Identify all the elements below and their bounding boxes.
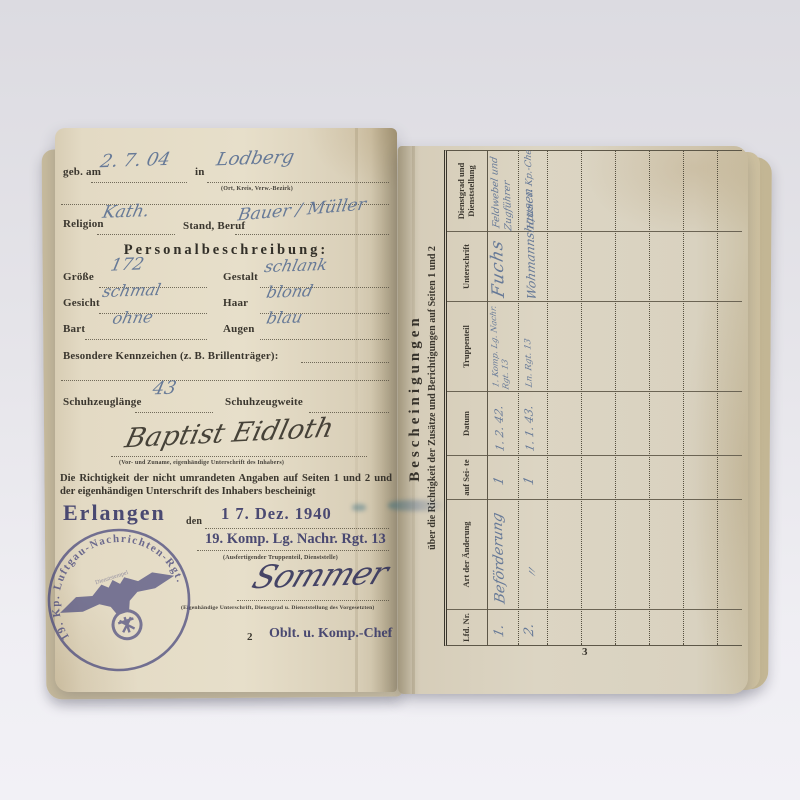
cell-unterschrift: Wohmannshausen	[519, 231, 547, 301]
header-truppenteil: Truppenteil	[447, 301, 487, 391]
table-row-empty	[616, 151, 650, 645]
table-cell-empty	[616, 609, 649, 645]
header-dienstgrad: Dienstgrad und Dienststellung	[447, 151, 487, 231]
table-cell-empty	[548, 455, 581, 499]
cell-seite: 1	[519, 455, 547, 499]
table-empty-rows	[548, 151, 742, 645]
header-auf-seite: auf Sei- te	[447, 455, 487, 499]
table-cell-empty	[582, 151, 615, 231]
unit-stamp: 19. Komp. Lg. Nachr. Rgt. 13	[205, 531, 386, 548]
table-cell-empty	[582, 391, 615, 455]
schuhlaenge-value-handwritten: 43	[151, 378, 179, 400]
bart-value-handwritten: ohne	[111, 307, 155, 327]
table-cell-empty	[650, 231, 683, 301]
gesicht-value-handwritten: schmal	[101, 280, 163, 301]
dotted-line	[197, 550, 389, 551]
gutter-shadow-left	[371, 128, 397, 692]
table-cell-empty	[650, 455, 683, 499]
table-cell-empty	[684, 391, 717, 455]
dotted-line	[205, 528, 389, 529]
groesse-label: Größe	[63, 271, 94, 283]
birthdate-label: geb. am	[63, 166, 101, 178]
religion-value-handwritten: Kath.	[101, 201, 152, 223]
rank-stamp: Oblt. u. Komp.-Chef	[269, 626, 392, 642]
cell-art: Beförderung	[488, 499, 518, 609]
table-cell-empty	[718, 609, 742, 645]
cell-art: 〃	[519, 499, 547, 609]
table-cell-empty	[582, 231, 615, 301]
certifications-title: Bescheinigungen	[407, 150, 424, 646]
officer-signature-handwritten: Sommer	[247, 554, 393, 597]
haar-value-handwritten: blond	[265, 281, 315, 302]
dotted-line	[111, 456, 367, 457]
table-cell-empty	[616, 499, 649, 609]
table-cell-empty	[548, 609, 581, 645]
table-row-empty	[718, 151, 742, 645]
schuhweite-label: Schuhzeugweite	[225, 396, 303, 408]
table-cell-empty	[616, 391, 649, 455]
rotated-certifications-block: Bescheinigungen über die Richtigkeit der…	[404, 150, 742, 646]
table-cell-empty	[718, 455, 742, 499]
owner-signature-caption: (Vor- und Zuname, eigenhändige Unterschr…	[119, 460, 284, 466]
cell-dienstgrad: Hptm. u. Kp.-Chef	[519, 151, 547, 231]
table-cell-empty	[650, 499, 683, 609]
table-cell-empty	[650, 151, 683, 231]
kennzeichen-label: Besondere Kennzeichen (z. B. Brillenträg…	[63, 350, 279, 362]
header-art-der-aenderung: Art der Änderung	[447, 499, 487, 609]
birthplace-in-label: in	[195, 166, 205, 178]
table-row-entry-2: 2. 〃 1 1. 1. 43. Ln. Rgt. 13 Wohmannshau…	[519, 151, 548, 645]
right-page: Bescheinigungen über die Richtigkeit der…	[398, 146, 748, 694]
table-cell-empty	[582, 499, 615, 609]
table-cell-empty	[548, 301, 581, 391]
table-cell-empty	[548, 499, 581, 609]
table-row-empty	[684, 151, 718, 645]
birthplace-value-handwritten: Lodberg	[214, 147, 296, 171]
date-stamp: 1 7. Dez. 1940	[221, 504, 332, 524]
birthplace-caption: (Ort, Kreis, Verw.-Bezirk)	[221, 186, 293, 192]
den-label: den	[186, 516, 202, 527]
table-cell-empty	[718, 301, 742, 391]
table-cell-empty	[684, 231, 717, 301]
header-unterschrift: Unterschrift	[447, 231, 487, 301]
officer-signature-caption: (Eigenhändige Unterschrift, Dienstgrad u…	[181, 605, 374, 611]
table-cell-empty	[718, 231, 742, 301]
gestalt-value-handwritten: schlank	[263, 255, 330, 276]
dotted-line	[97, 234, 175, 235]
table-row-entry-1: 1. Beförderung 1 1. 2. 42. 1. Komp. Lg. …	[488, 151, 519, 645]
table-cell-empty	[548, 231, 581, 301]
cell-datum: 1. 1. 43.	[519, 391, 547, 455]
table-cell-empty	[718, 499, 742, 609]
augen-value-handwritten: blau	[265, 307, 305, 327]
dotted-line	[61, 380, 389, 381]
cell-seite: 1	[488, 455, 518, 499]
table-cell-empty	[582, 455, 615, 499]
cell-nr: 1.	[488, 609, 518, 645]
cell-truppenteil: 1. Komp. Lg. Nachr. Rgt. 13	[488, 301, 518, 391]
bart-label: Bart	[63, 323, 85, 335]
table-cell-empty	[684, 499, 717, 609]
table-cell-empty	[650, 301, 683, 391]
cell-dienstgrad: Feldwebel und Zugführer	[488, 151, 518, 231]
religion-label: Religion	[63, 218, 104, 230]
table-cell-empty	[718, 391, 742, 455]
table-row-empty	[548, 151, 582, 645]
dotted-line	[301, 362, 389, 363]
table-cell-empty	[684, 301, 717, 391]
dotted-line	[85, 339, 207, 340]
dotted-line	[260, 339, 389, 340]
header-lfd-nr: Lfd. Nr.	[447, 609, 487, 645]
table-header-row: Lfd. Nr. Art der Änderung auf Sei- te Da…	[447, 151, 488, 645]
dotted-line	[91, 182, 187, 183]
table-cell-empty	[616, 455, 649, 499]
table-cell-empty	[548, 391, 581, 455]
table-cell-empty	[650, 391, 683, 455]
right-page-number: 3	[582, 646, 588, 658]
cell-truppenteil: Ln. Rgt. 13	[519, 301, 547, 391]
birthdate-value-handwritten: 2. 7. 04	[98, 149, 172, 172]
cell-nr: 2.	[519, 609, 547, 645]
certifications-table: Lfd. Nr. Art der Änderung auf Sei- te Da…	[444, 150, 742, 646]
dotted-line	[235, 234, 389, 235]
ink-smudge	[388, 500, 446, 511]
table-cell-empty	[548, 151, 581, 231]
gestalt-label: Gestalt	[223, 271, 258, 283]
photo-of-open-wehrpass-booklet: geb. am 2. 7. 04 in Lodberg (Ort, Kreis,…	[0, 0, 800, 800]
certification-text: Die Richtigkeit der nicht umrandeten Ang…	[60, 472, 392, 499]
table-cell-empty	[684, 455, 717, 499]
cell-unterschrift: Fuchs	[488, 231, 518, 301]
table-cell-empty	[718, 151, 742, 231]
beruf-value-handwritten: Bauer / Müller	[236, 195, 367, 226]
table-cell-empty	[582, 301, 615, 391]
certifications-subtitle: über die Richtigkeit der Zusätze und Ber…	[427, 150, 438, 646]
ink-smudge-small	[352, 504, 366, 511]
dotted-line	[237, 600, 389, 601]
owner-signature-handwritten: Baptist Eidloth	[122, 413, 337, 455]
augen-label: Augen	[223, 323, 255, 335]
table-cell-empty	[684, 609, 717, 645]
table-cell-empty	[616, 301, 649, 391]
haar-label: Haar	[223, 297, 248, 309]
table-cell-empty	[650, 609, 683, 645]
dotted-line	[135, 412, 213, 413]
schuhlaenge-label: Schuhzeuglänge	[63, 396, 142, 408]
cell-datum: 1. 2. 42.	[488, 391, 518, 455]
groesse-value-handwritten: 172	[109, 254, 146, 275]
table-cell-empty	[616, 231, 649, 301]
table-cell-empty	[684, 151, 717, 231]
table-row-empty	[582, 151, 616, 645]
left-page: geb. am 2. 7. 04 in Lodberg (Ort, Kreis,…	[55, 128, 397, 692]
dotted-line	[207, 182, 389, 183]
left-page-number: 2	[247, 631, 253, 643]
table-cell-empty	[582, 609, 615, 645]
header-datum: Datum	[447, 391, 487, 455]
table-cell-empty	[616, 151, 649, 231]
gesicht-label: Gesicht	[63, 297, 100, 309]
table-row-empty	[650, 151, 684, 645]
